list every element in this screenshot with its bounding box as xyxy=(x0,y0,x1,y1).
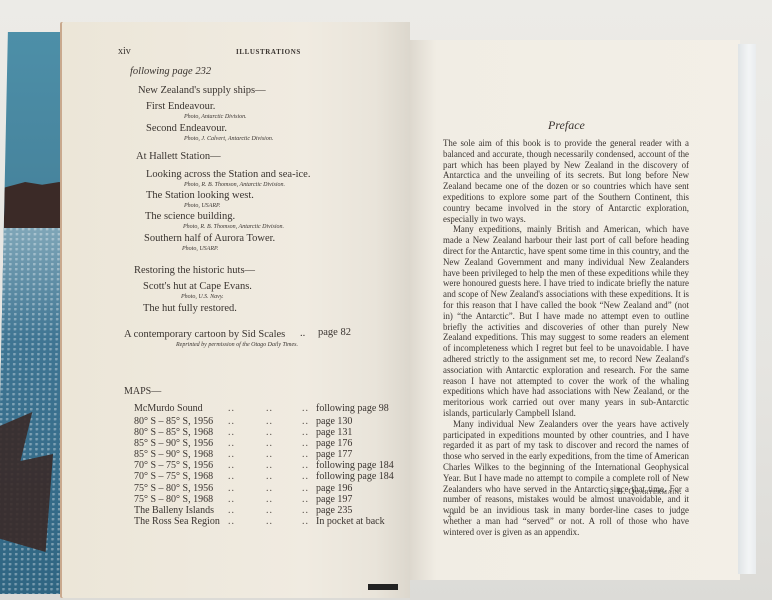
map-page: following page 184 xyxy=(316,471,394,482)
group-heading: Restoring the historic huts— xyxy=(134,264,255,277)
leader-dots: .. xyxy=(302,505,309,516)
leader-dots: .. xyxy=(228,427,235,438)
leader-dots: .. xyxy=(266,403,273,414)
illustration-entry: The Station looking west. Photo, USARP. xyxy=(146,189,254,210)
leader-dots: .. xyxy=(266,516,273,527)
caption: The Station looking west. xyxy=(146,190,254,201)
paragraph: Many expeditions, mainly British and Ame… xyxy=(443,224,689,418)
leader-dots: .. xyxy=(302,483,309,494)
author-signature: L. B. Quartermain. xyxy=(606,486,682,496)
illustration-entry: Southern half of Aurora Tower. Photo, US… xyxy=(144,232,275,253)
map-title: 75° S – 80° S, 1956 xyxy=(134,483,213,494)
paragraph: Many individual New Zealanders over the … xyxy=(443,419,689,538)
leader-dots: .. xyxy=(302,427,309,438)
leader-dots: .. xyxy=(302,416,309,427)
leader-dots: .. xyxy=(228,483,235,494)
maps-heading: MAPS— xyxy=(124,386,161,397)
illustration-entry: The science building. Photo, R. B. Thoms… xyxy=(145,210,284,231)
leader-dots: .. xyxy=(302,438,309,449)
map-page: page 197 xyxy=(316,494,352,505)
caption: The science building. xyxy=(145,211,235,222)
page-number: xiv xyxy=(118,46,131,57)
map-title: The Balleny Islands xyxy=(134,505,214,516)
leader-dots: .. xyxy=(266,416,273,427)
caption: First Endeavour. xyxy=(146,101,215,112)
caption: Looking across the Station and sea-ice. xyxy=(146,169,310,180)
illustration-entry: Second Endeavour. Photo, J. Calvert, Ant… xyxy=(146,122,273,143)
running-head: ILLUSTRATIONS xyxy=(236,48,301,56)
illustration-entry: Scott's hut at Cape Evans. Photo, U.S. N… xyxy=(143,280,252,301)
map-page: page 196 xyxy=(316,483,352,494)
paragraph: The sole aim of this book is to provide … xyxy=(443,138,689,224)
leader-dots: .. xyxy=(302,494,309,505)
leader-dots: .. xyxy=(228,438,235,449)
caption: Southern half of Aurora Tower. xyxy=(144,233,275,244)
illustration-entry: First Endeavour. Photo, Antarctic Divisi… xyxy=(146,100,247,121)
cartoon-page: page 82 xyxy=(318,326,351,339)
photo-credit: Photo, U.S. Navy. xyxy=(181,293,252,301)
section-heading: following page 232 xyxy=(130,66,211,77)
photo-credit: Photo, J. Calvert, Antarctic Division. xyxy=(184,135,273,143)
caption: The hut fully restored. xyxy=(143,303,237,314)
map-title: 70° S – 75° S, 1956 xyxy=(134,460,213,471)
leader-dots: .. xyxy=(266,460,273,471)
preface-body: The sole aim of this book is to provide … xyxy=(443,138,689,537)
map-page: In pocket at back xyxy=(316,516,385,527)
group-heading: At Hallett Station— xyxy=(136,150,221,163)
preface-title: Preface xyxy=(548,118,585,133)
leader-dots: .. xyxy=(266,483,273,494)
leader-dots: .. xyxy=(302,460,309,471)
leader-dots: .. xyxy=(266,494,273,505)
map-title: 75° S – 80° S, 1968 xyxy=(134,494,213,505)
leader-dots: .. xyxy=(266,471,273,482)
map-page: following page 184 xyxy=(316,460,394,471)
map-page: page 176 xyxy=(316,438,352,449)
leader-dots: .. xyxy=(302,471,309,482)
map-title: 85° S – 90° S, 1956 xyxy=(134,438,213,449)
leader-dots: .. xyxy=(228,416,235,427)
caption: Scott's hut at Cape Evans. xyxy=(143,281,252,292)
reprint-credit: Reprinted by permission of the Otago Dai… xyxy=(176,341,298,349)
map-title: 70° S – 75° S, 1968 xyxy=(134,471,213,482)
photo-credit: Photo, R. B. Thomson, Antarctic Division… xyxy=(184,181,310,189)
leader-dots: .. xyxy=(302,516,309,527)
map-title: 85° S – 90° S, 1968 xyxy=(134,449,213,460)
photo-credit: Photo, USARP. xyxy=(182,245,275,253)
leader-dots: .. xyxy=(302,449,309,460)
leader-dots: .. xyxy=(228,403,235,414)
leader-dots: .. xyxy=(228,494,235,505)
leader-dots: .. xyxy=(266,505,273,516)
leader-dots: .. xyxy=(266,438,273,449)
photo-credit: Photo, USARP. xyxy=(184,202,254,210)
map-page: page 131 xyxy=(316,427,352,438)
map-title: 80° S – 85° S, 1956 xyxy=(134,416,213,427)
map-title: McMurdo Sound xyxy=(134,403,203,414)
group-heading: New Zealand's supply ships— xyxy=(138,84,266,97)
signature-mark: 2* xyxy=(448,511,455,519)
leader-dots: .. xyxy=(228,505,235,516)
leader-dots: .. xyxy=(266,449,273,460)
cartoon-entry: A contemporary cartoon by Sid Scales Rep… xyxy=(124,328,298,349)
map-page: page 177 xyxy=(316,449,352,460)
photo-credit: Photo, Antarctic Division. xyxy=(184,113,247,121)
page-edges xyxy=(738,44,756,574)
leader-dots: .. xyxy=(228,460,235,471)
map-page: page 235 xyxy=(316,505,352,516)
leader-dots: .. xyxy=(228,516,235,527)
map-title: 80° S – 85° S, 1968 xyxy=(134,427,213,438)
map-page: page 130 xyxy=(316,416,352,427)
leader-dots: .. xyxy=(300,327,305,340)
leader-dots: .. xyxy=(228,449,235,460)
illustration-entry: Looking across the Station and sea-ice. … xyxy=(146,168,310,189)
leader-dots: .. xyxy=(228,471,235,482)
caption: A contemporary cartoon by Sid Scales xyxy=(124,329,285,340)
photo-credit: Photo, R. B. Thomson, Antarctic Division… xyxy=(183,223,284,231)
map-title: The Ross Sea Region xyxy=(134,516,220,527)
caption: Second Endeavour. xyxy=(146,123,227,134)
map-page: following page 98 xyxy=(316,403,389,414)
leader-dots: .. xyxy=(266,427,273,438)
illustration-entry: The hut fully restored. xyxy=(143,302,237,315)
leader-dots: .. xyxy=(302,403,309,414)
spine-shadow xyxy=(368,584,398,590)
